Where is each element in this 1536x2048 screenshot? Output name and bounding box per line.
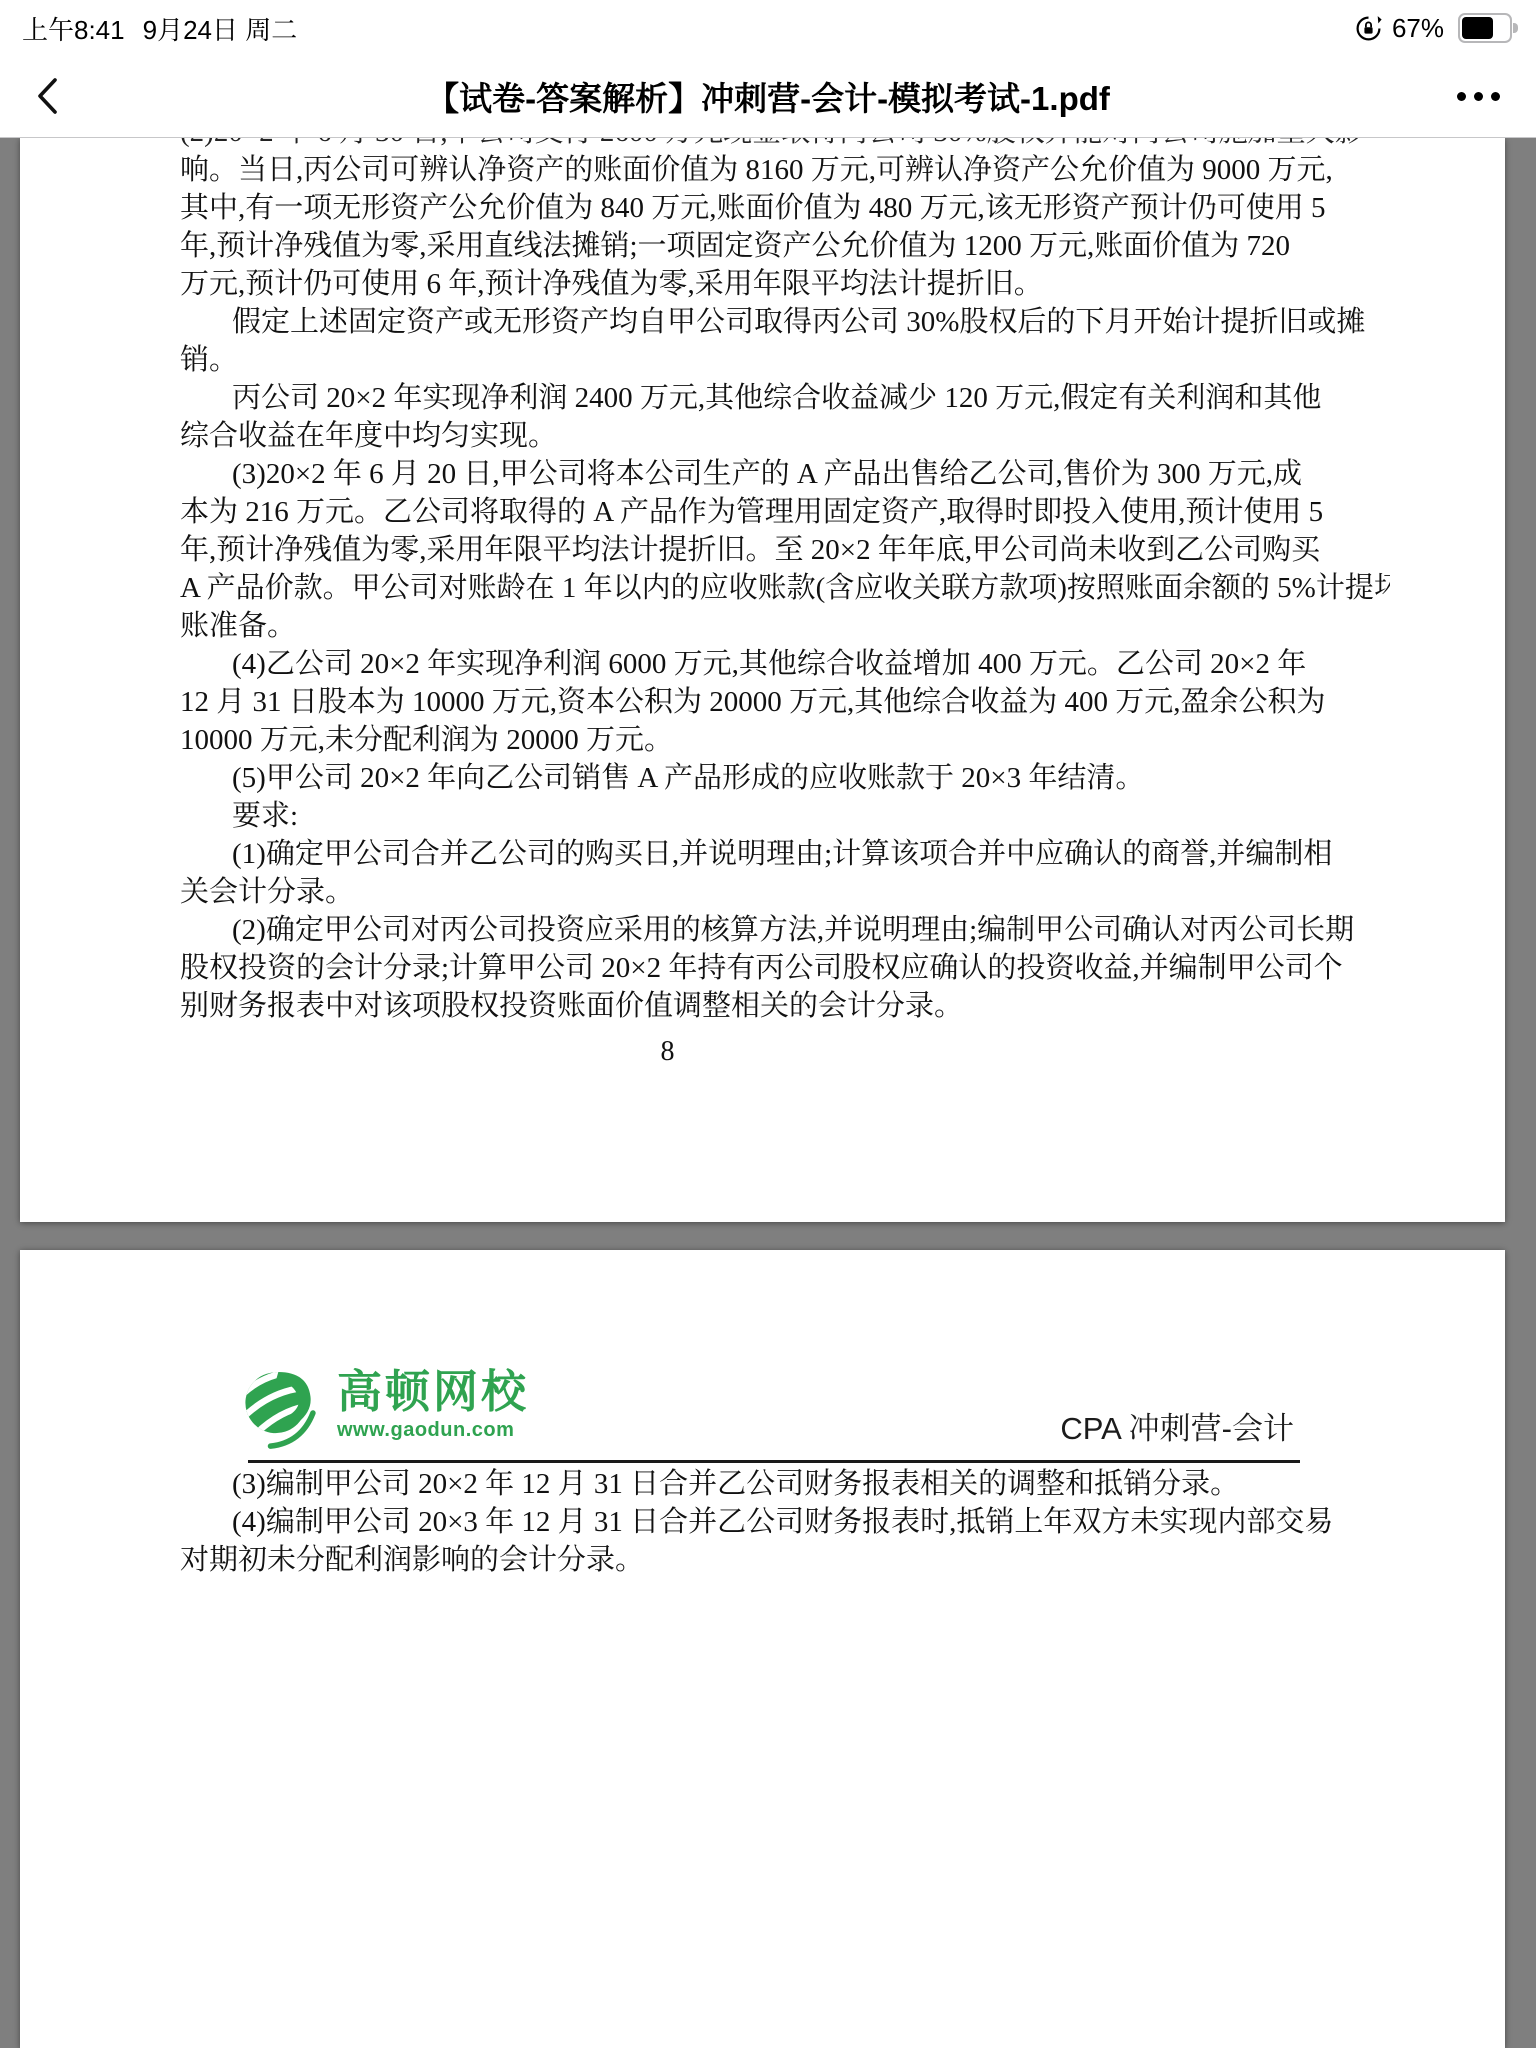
text-line: 万元,预计仍可使用 6 年,预计净残值为零,采用年限平均法计提折旧。 [180, 265, 1390, 303]
page2-lines: (3)编制甲公司 20×2 年 12 月 31 日合并乙公司财务报表相关的调整和… [180, 1465, 1390, 1579]
logo-texts: 高顿网校 www.gaodun.com [337, 1369, 529, 1440]
text-line: 对期初未分配利润影响的会计分录。 [180, 1541, 1390, 1579]
text-line: 12 月 31 日股本为 10000 万元,资本公积为 20000 万元,其他综… [180, 683, 1390, 721]
text-line: 股权投资的会计分录;计算甲公司 20×2 年持有丙公司股权应确认的投资收益,并编… [180, 949, 1390, 987]
top-chrome: 上午8:41 9月24日 周二 67% 【试 [0, 0, 1536, 138]
text-line: 丙公司 20×2 年实现净利润 2400 万元,其他综合收益减少 120 万元,… [180, 379, 1390, 417]
status-date: 9月24日 周二 [143, 10, 298, 47]
page1-lines: 响。当日,丙公司可辨认净资产的账面价值为 8160 万元,可辨认净资产公允价值为… [180, 151, 1390, 1025]
text-line: A 产品价款。甲公司对账龄在 1 年以内的应收账款(含应收关联方款项)按照账面余… [180, 569, 1390, 607]
text-line: 假定上述固定资产或无形资产均自甲公司取得丙公司 30%股权后的下月开始计提折旧或… [180, 303, 1390, 341]
text-line: 销。 [180, 341, 1390, 379]
pdf-page-8: (2)20×2 年 6 月 30 日,甲公司支付 2600 万元现金取得丙公司 … [20, 138, 1505, 1222]
pdf-page-9: 高顿网校 www.gaodun.com CPA 冲刺营-会计 (3)编制甲公司 … [20, 1250, 1505, 2048]
document-title: 【试卷-答案解析】冲刺营-会计-模拟考试-1.pdf [0, 73, 1536, 120]
text-line: 账准备。 [180, 607, 1390, 645]
text-line: (3)20×2 年 6 月 20 日,甲公司将本公司生产的 A 产品出售给乙公司… [180, 455, 1390, 493]
text-line: 本为 216 万元。乙公司将取得的 A 产品作为管理用固定资产,取得时即投入使用… [180, 493, 1390, 531]
logo-name: 高顿网校 [337, 1369, 529, 1414]
nav-bar: 【试卷-答案解析】冲刺营-会计-模拟考试-1.pdf [0, 50, 1536, 142]
text-line: (1)确定甲公司合并乙公司的购买日,并说明理由;计算该项合并中应确认的商誉,并编… [180, 835, 1390, 873]
text-line: 关会计分录。 [180, 873, 1390, 911]
more-menu-button[interactable] [1455, 82, 1502, 111]
text-line: 其中,有一项无形资产公允价值为 840 万元,账面价值为 480 万元,该无形资… [180, 189, 1390, 227]
back-button[interactable] [34, 74, 60, 118]
ellipsis-dot [1457, 92, 1466, 101]
text-line: 要求: [180, 797, 1390, 835]
text-line: (3)编制甲公司 20×2 年 12 月 31 日合并乙公司财务报表相关的调整和… [180, 1465, 1390, 1503]
status-time-date: 上午8:41 9月24日 周二 [22, 10, 297, 47]
status-bar: 上午8:41 9月24日 周二 67% [0, 0, 1536, 50]
text-line: 10000 万元,未分配利润为 20000 万元。 [180, 721, 1390, 759]
ellipsis-dot [1474, 92, 1483, 101]
gaodun-globe-icon [235, 1358, 327, 1450]
text-line: 年,预计净残值为零,采用年限平均法计提折旧。至 20×2 年年底,甲公司尚未收到… [180, 531, 1390, 569]
text-line: 别财务报表中对该项股权投资账面价值调整相关的会计分录。 [180, 987, 1390, 1025]
text-line: 年,预计净残值为零,采用直线法摊销;一项固定资产公允价值为 1200 万元,账面… [180, 227, 1390, 265]
text-line: (4)乙公司 20×2 年实现净利润 6000 万元,其他综合收益增加 400 … [180, 645, 1390, 683]
status-time: 上午8:41 [22, 10, 125, 47]
text-line: 响。当日,丙公司可辨认净资产的账面价值为 8160 万元,可辨认净资产公允价值为… [180, 151, 1390, 189]
battery-percent: 67% [1392, 13, 1444, 44]
text-line: (4)编制甲公司 20×3 年 12 月 31 日合并乙公司财务报表时,抵销上年… [180, 1503, 1390, 1541]
page-gap [20, 1222, 1505, 1250]
text-line: (5)甲公司 20×2 年向乙公司销售 A 产品形成的应收账款于 20×3 年结… [180, 759, 1390, 797]
gaodun-logo: 高顿网校 www.gaodun.com [235, 1358, 529, 1450]
page2-header: 高顿网校 www.gaodun.com CPA 冲刺营-会计 [20, 1250, 1505, 1450]
battery-icon [1458, 13, 1518, 43]
page1-text-column: (2)20×2 年 6 月 30 日,甲公司支付 2600 万元现金取得丙公司 … [20, 138, 1505, 1025]
text-line: (2)确定甲公司对丙公司投资应采用的核算方法,并说明理由;编制甲公司确认对丙公司… [180, 911, 1390, 949]
text-line: 综合收益在年度中均匀实现。 [180, 417, 1390, 455]
orientation-lock-icon [1355, 15, 1382, 42]
ellipsis-dot [1491, 92, 1500, 101]
page-number: 8 [20, 1033, 1505, 1071]
logo-url: www.gaodun.com [337, 1420, 529, 1440]
status-indicators: 67% [1355, 13, 1518, 44]
page2-text-column: (3)编制甲公司 20×2 年 12 月 31 日合并乙公司财务报表相关的调整和… [20, 1463, 1505, 1579]
course-label: CPA 冲刺营-会计 [1060, 1403, 1294, 1450]
chevron-left-icon [34, 74, 60, 118]
pdf-scroll-area[interactable]: (2)20×2 年 6 月 30 日,甲公司支付 2600 万元现金取得丙公司 … [0, 138, 1536, 2048]
